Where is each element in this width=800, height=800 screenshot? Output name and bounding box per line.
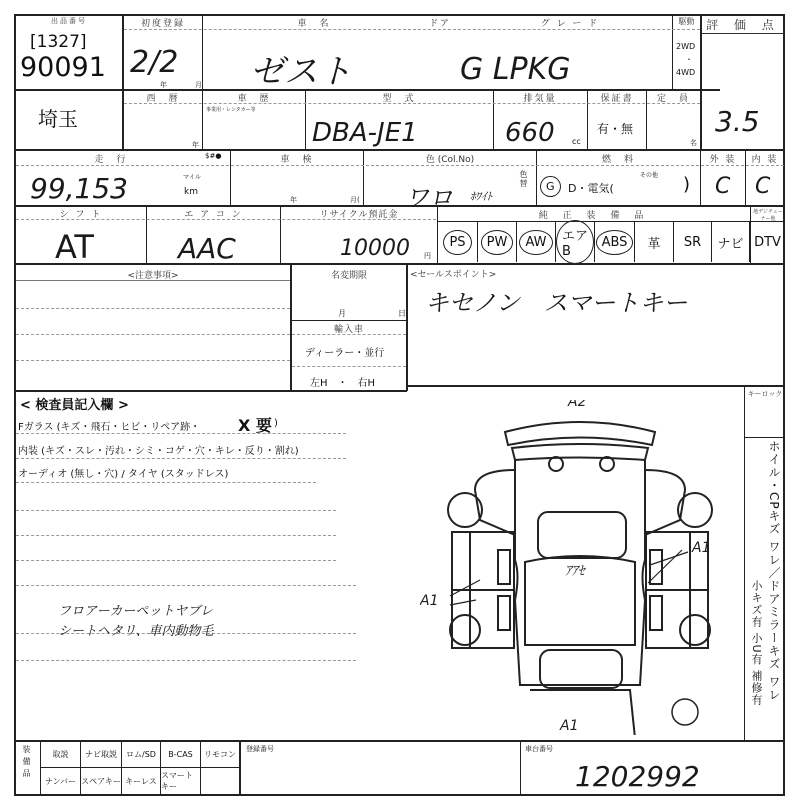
svg-text:ｱｱｾ: ｱｱｾ: [565, 564, 586, 579]
svg-text:A1: A1: [691, 540, 710, 556]
grade-label: グ レ ー ド: [470, 16, 670, 29]
door-label: ドア: [410, 16, 470, 29]
car-damage-diagram-icon: A2 A1 A1 A1 ｱｱｾ: [420, 400, 740, 735]
car-name-label: 車 名: [204, 16, 424, 29]
import-dealer: ディーラー・並行: [305, 344, 384, 359]
equip-airbag: エアB: [556, 222, 595, 262]
score-label: 評 価 点: [702, 16, 784, 33]
equip-navi: ナビ: [712, 222, 750, 262]
equip-ps: PS: [438, 222, 478, 262]
grade-value: G LPKG: [460, 52, 571, 87]
inspector-label: < 検査員記入欄 >: [20, 394, 129, 413]
svg-text:A1: A1: [559, 718, 578, 734]
shift-value: AT: [55, 228, 94, 266]
drive-label: 駆動: [673, 16, 700, 27]
svg-text:A2: A2: [567, 400, 587, 410]
equip-abs: ABS: [595, 222, 635, 262]
chassis-number-label: 車台番号: [525, 744, 553, 754]
side-note-1: ホイル・CPキズ ワレ／ドアミラーキズ ワレ: [766, 440, 783, 701]
score-value: 3.5: [715, 105, 760, 138]
inspector-note-2: シートヘタリ、車内動物毛: [58, 620, 213, 639]
fuel-gasoline-circled: G: [540, 176, 561, 197]
accessories-label: 装備品: [21, 745, 32, 781]
equip-pw: PW: [478, 222, 517, 262]
equip-aw: AW: [517, 222, 556, 262]
chassis-number-value: 1202992: [575, 760, 700, 793]
registration-number-label: 登録番号: [246, 744, 274, 754]
mileage-value: 99,153: [30, 172, 128, 205]
model-type-value: DBA-JE1: [312, 118, 418, 148]
lot-label: 出品番号: [16, 16, 122, 26]
displacement-value: 660: [505, 118, 555, 148]
lot-bracket: [1327]: [30, 32, 87, 52]
lot-number: 90091: [20, 52, 106, 83]
recycle-value: 10000: [340, 236, 410, 261]
notes-label: <注意事項>: [16, 268, 290, 281]
equip-leather: 革: [635, 222, 674, 262]
first-reg-label: 初度登録: [124, 16, 202, 29]
equip-dtv: DTV: [751, 222, 784, 262]
aircon-value: AAC: [178, 232, 236, 265]
interior-grade: C: [755, 174, 770, 199]
location: 埼玉: [38, 103, 78, 132]
sales-point-value: キセノン スマートキー: [425, 283, 687, 318]
frame-bottom: [14, 794, 785, 796]
exterior-grade: C: [715, 174, 730, 199]
import-handle: 左H ・ 右H: [310, 374, 375, 389]
side-note-2: 小キズ有 小U有 補修有: [748, 580, 764, 706]
equip-sunroof: SR: [674, 222, 712, 262]
first-reg-value: 2/2: [130, 45, 178, 80]
frame-left: [14, 14, 16, 796]
inspector-note-1: フロアーカーペットヤブレ: [58, 600, 213, 619]
svg-text:A1: A1: [420, 593, 438, 609]
car-name-value: ゼスト: [250, 44, 352, 93]
warranty-options: 有・無: [597, 120, 633, 137]
frame-right: [783, 14, 785, 796]
